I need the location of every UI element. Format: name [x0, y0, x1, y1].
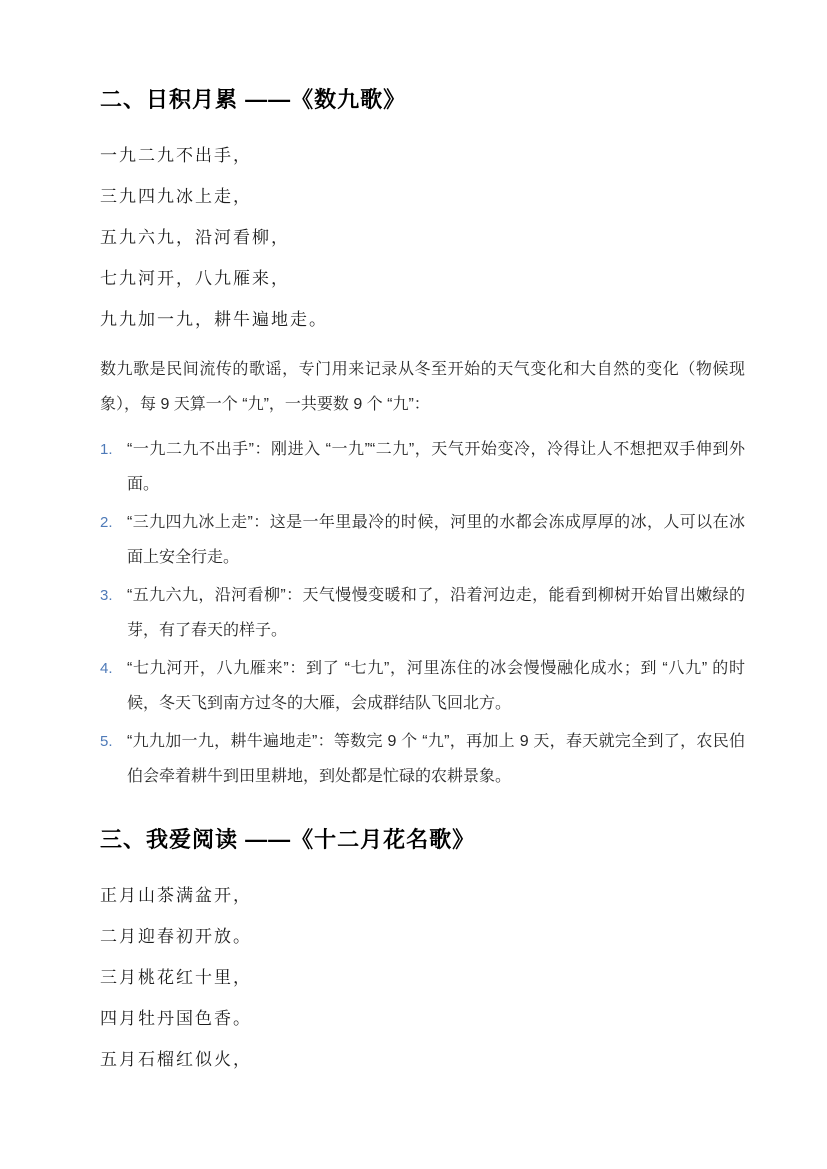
- section-heading-huaminge: 三、我爱阅读 ——《十二月花名歌》: [100, 826, 745, 854]
- poem-line: 三月桃花红十里，: [100, 969, 745, 987]
- list-item: 4. “七九河开，八九雁来”：到了 “七九”，河里冻住的冰会慢慢融化成水；到 “…: [100, 651, 745, 721]
- list-item: 2. “三九四九冰上走”：这是一年里最冷的时候，河里的水都会冻成厚厚的冰，人可以…: [100, 505, 745, 575]
- intro-paragraph: 数九歌是民间流传的歌谣，专门用来记录从冬至开始的天气变化和大自然的变化（物候现象…: [100, 352, 745, 422]
- poem-line: 五九六九，沿河看柳，: [100, 229, 745, 247]
- list-item: 1. “一九二九不出手”：刚进入 “一九”“二九”，天气开始变冷，冷得让人不想把…: [100, 432, 745, 502]
- list-text: “三九四九冰上走”：这是一年里最冷的时候，河里的水都会冻成厚厚的冰，人可以在冰面…: [127, 505, 745, 575]
- list-text: “九九加一九，耕牛遍地走”：等数完 9 个 “九”，再加上 9 天，春天就完全到…: [127, 724, 745, 794]
- list-item: 5. “九九加一九，耕牛遍地走”：等数完 9 个 “九”，再加上 9 天，春天就…: [100, 724, 745, 794]
- list-text: “七九河开，八九雁来”：到了 “七九”，河里冻住的冰会慢慢融化成水；到 “八九”…: [127, 651, 745, 721]
- poem-line: 五月石榴红似火，: [100, 1051, 745, 1069]
- poem-shujiuge: 一九二九不出手， 三九四九冰上走， 五九六九，沿河看柳， 七九河开，八九雁来， …: [100, 147, 745, 329]
- poem-line: 二月迎春初开放。: [100, 928, 745, 946]
- list-number: 4.: [100, 651, 127, 686]
- document-page: 二、日积月累 ——《数九歌》 一九二九不出手， 三九四九冰上走， 五九六九，沿河…: [0, 0, 827, 1169]
- poem-line: 一九二九不出手，: [100, 147, 745, 165]
- list-number: 2.: [100, 505, 127, 540]
- poem-line: 正月山茶满盆开，: [100, 887, 745, 905]
- list-number: 5.: [100, 724, 127, 759]
- explanation-list: 1. “一九二九不出手”：刚进入 “一九”“二九”，天气开始变冷，冷得让人不想把…: [100, 432, 745, 794]
- list-item: 3. “五九六九，沿河看柳”：天气慢慢变暖和了，沿着河边走，能看到柳树开始冒出嫩…: [100, 578, 745, 648]
- poem-line: 三九四九冰上走，: [100, 188, 745, 206]
- poem-line: 九九加一九，耕牛遍地走。: [100, 311, 745, 329]
- poem-line: 七九河开，八九雁来，: [100, 270, 745, 288]
- list-number: 3.: [100, 578, 127, 613]
- list-text: “一九二九不出手”：刚进入 “一九”“二九”，天气开始变冷，冷得让人不想把双手伸…: [127, 432, 745, 502]
- list-number: 1.: [100, 432, 127, 467]
- poem-twelve-flowers: 正月山茶满盆开， 二月迎春初开放。 三月桃花红十里， 四月牡丹国色香。 五月石榴…: [100, 887, 745, 1069]
- section-heading-shujiuge: 二、日积月累 ——《数九歌》: [100, 86, 745, 114]
- list-text: “五九六九，沿河看柳”：天气慢慢变暖和了，沿着河边走，能看到柳树开始冒出嫩绿的芽…: [127, 578, 745, 648]
- poem-line: 四月牡丹国色香。: [100, 1010, 745, 1028]
